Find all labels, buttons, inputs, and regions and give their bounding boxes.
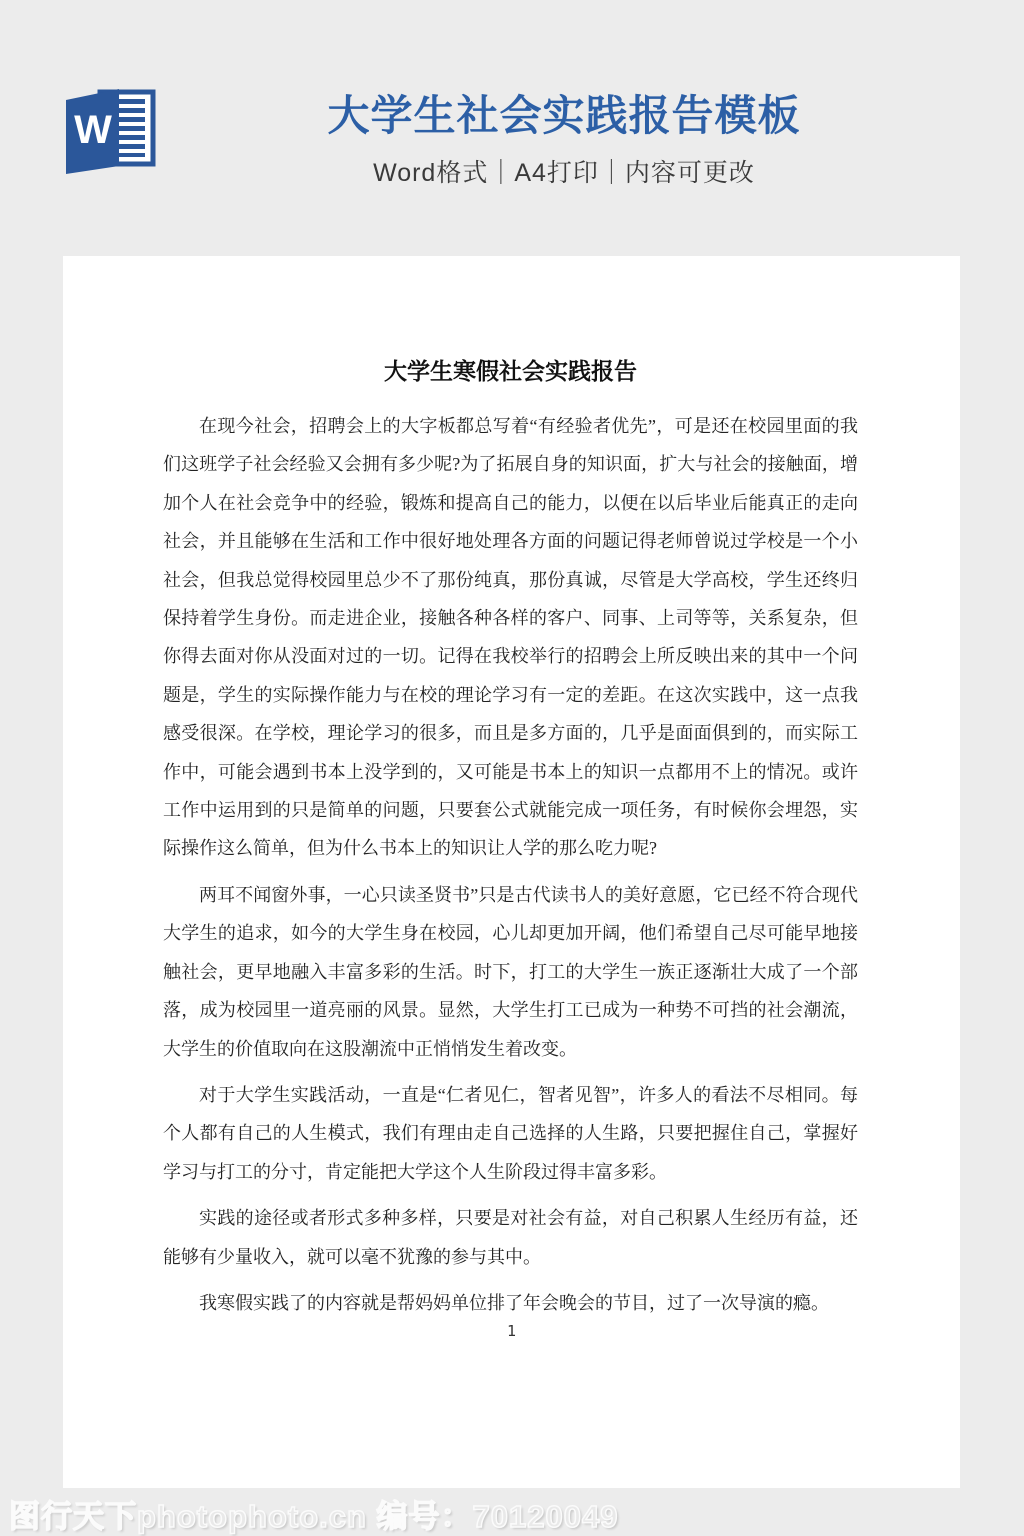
template-title: 大学生社会实践报告模板	[104, 92, 1024, 140]
document-paragraph: 在现今社会，招聘会上的大字板都总写着“有经验者优先”，可是还在校园里面的我们这班…	[163, 407, 858, 868]
document-paragraph: 两耳不闻窗外事，一心只读圣贤书”只是古代读书人的美好意愿，它已经不符合现代大学生…	[163, 876, 858, 1068]
header-text-block: 大学生社会实践报告模板 Word格式｜A4打印｜内容可更改	[104, 92, 1024, 189]
site-watermark: 图行天下photophoto.cn 编号：70120049	[9, 1491, 618, 1536]
page-number: 1	[63, 1322, 960, 1340]
template-preview-header: W 大学生社会实践报告模板 Word格式｜A4打印｜内容可更改	[0, 0, 1024, 230]
document-paragraph: 对于大学生实践活动，一直是“仁者见仁，智者见智”，许多人的看法不尽相同。每个人都…	[163, 1076, 858, 1191]
template-subtitle: Word格式｜A4打印｜内容可更改	[104, 153, 1024, 189]
document-title: 大学生寒假社会实践报告	[163, 357, 858, 387]
document-content: 大学生寒假社会实践报告 在现今社会，招聘会上的大字板都总写着“有经验者优先”，可…	[63, 256, 960, 1322]
document-page: 大学生寒假社会实践报告 在现今社会，招聘会上的大字板都总写着“有经验者优先”，可…	[63, 256, 960, 1488]
document-paragraph: 实践的途径或者形式多种多样，只要是对社会有益，对自己积累人生经历有益，还能够有少…	[163, 1199, 858, 1276]
document-paragraph: 我寒假实践了的内容就是帮妈妈单位排了年会晚会的节目，过了一次导演的瘾。	[163, 1284, 858, 1322]
